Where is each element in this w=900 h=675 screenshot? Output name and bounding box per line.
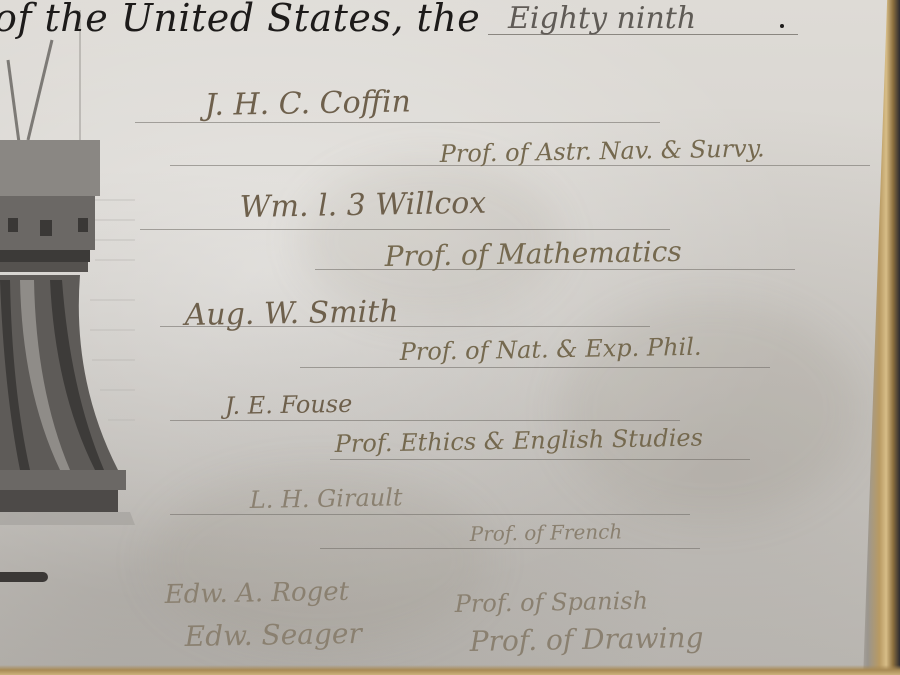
signature-name: J. E. Fouse: [225, 390, 353, 420]
heading-period: [780, 24, 784, 28]
signature-line: [330, 459, 750, 460]
picture-frame-edge: [854, 0, 900, 675]
signature-title: Prof. of Drawing: [469, 621, 703, 658]
signature-name: J. H. C. Coffin: [204, 84, 411, 123]
signature-name: Edw. A. Roget: [164, 577, 349, 610]
heading-fill-in: Eighty ninth: [488, 4, 798, 35]
signature-line: [300, 367, 770, 368]
signature-title: Prof. of Nat. & Exp. Phil.: [400, 333, 702, 366]
signature-title: Prof. of Astr. Nav. & Survy.: [440, 134, 765, 168]
signature-line: [140, 229, 670, 230]
signature-name: L. H. Girault: [250, 483, 403, 514]
signature-name: Edw. Seager: [184, 617, 362, 653]
engraver-imprint: [0, 572, 48, 582]
engraved-column-illustration: [0, 0, 140, 600]
document-photo: of the United States, the Eighty ninth J…: [0, 0, 900, 675]
signature-name: Wm. l. 3 Willcox: [239, 186, 486, 225]
signature-title: Prof. of Mathematics: [384, 235, 682, 273]
signature-name: Aug. W. Smith: [184, 294, 398, 333]
signature-line: [170, 420, 680, 421]
signature-line: [170, 514, 690, 515]
signature-title: Prof. of French: [470, 519, 623, 546]
picture-frame-bottom: [0, 665, 900, 675]
signature-line: [320, 548, 700, 549]
signature-title: Prof. of Spanish: [455, 587, 649, 618]
paper-stain: [560, 300, 860, 520]
printed-heading: of the United States, the: [0, 0, 480, 40]
